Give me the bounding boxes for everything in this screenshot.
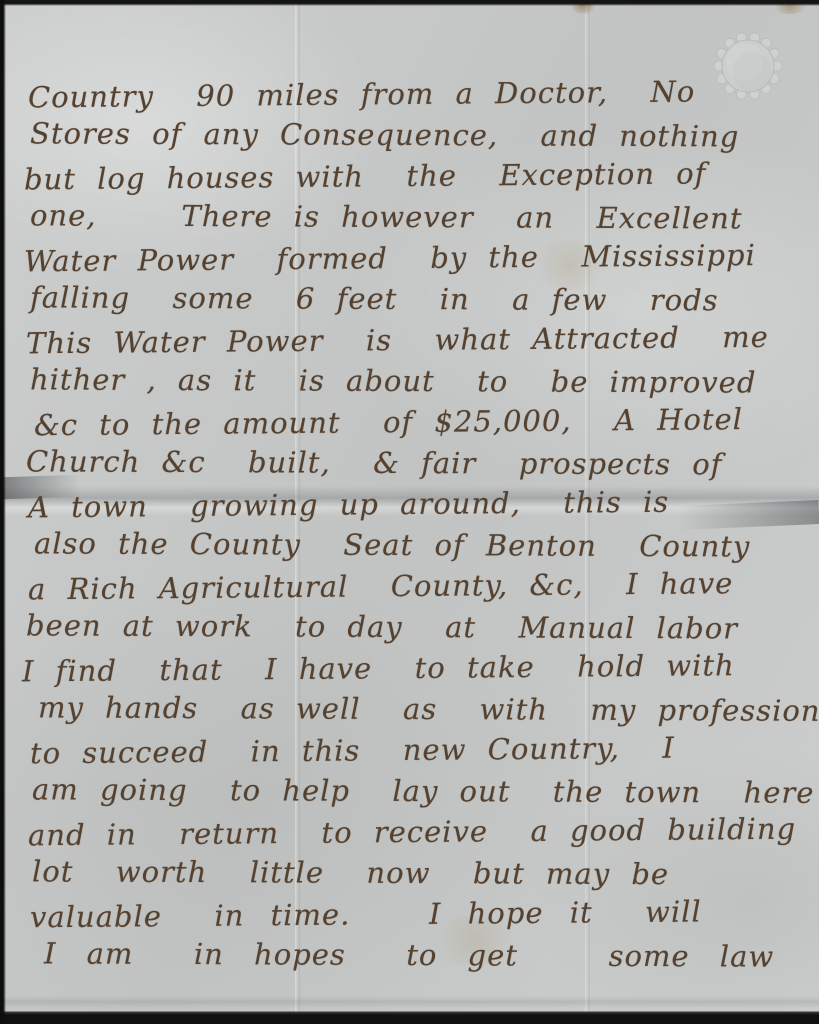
letter-line: Church &c built, & fair prospects of [0, 441, 819, 486]
letter-line: &c to the amount of $25,000, A Hotel [0, 398, 819, 446]
letter-line: to succeed in this new Country, I [0, 726, 819, 774]
letter-line: Water Power formed by the Mississippi [0, 234, 819, 282]
letter-line: a Rich Agricultural County, &c, I have [0, 562, 819, 610]
horizontal-fold-line [0, 996, 819, 1008]
letter-line: This Water Power is what Attracted me [0, 316, 819, 364]
letter-line: A town growing up around, this is [0, 480, 819, 528]
letter-line: am going to help lay out the town here [0, 769, 819, 814]
letter-line: been at work to day at Manual labor [0, 605, 819, 650]
letter-line: also the County Seat of Benton County [0, 523, 819, 568]
letter-line: falling some 6 feet in a few rods [0, 277, 819, 322]
letter-line: and in return to receive a good building [0, 808, 819, 856]
letter-line: valuable in time. I hope it will [0, 890, 819, 938]
letter-line: Stores of any Consequence, and nothing [0, 113, 819, 158]
letter-line: my hands as well as with my profession [0, 687, 819, 732]
scanned-letter-page: Country 90 miles from a Doctor, No Store… [0, 0, 819, 1024]
letter-line: I find that I have to take hold with [0, 644, 819, 692]
letter-line: one, There is however an Excellent [0, 195, 819, 240]
letter-body: Country 90 miles from a Doctor, No Store… [0, 74, 819, 976]
letter-line: hither , as it is about to be improved [0, 359, 819, 404]
scan-edge-top [0, 0, 819, 6]
letter-line: but log houses with the Exception of [0, 152, 819, 200]
letter-line: Country 90 miles from a Doctor, No [0, 70, 819, 118]
letter-line: lot worth little now but may be [0, 851, 819, 896]
letter-line: I am in hopes to get some law business [0, 933, 819, 978]
scan-edge-bottom [0, 1011, 819, 1024]
scan-edge-left [0, 0, 6, 1024]
